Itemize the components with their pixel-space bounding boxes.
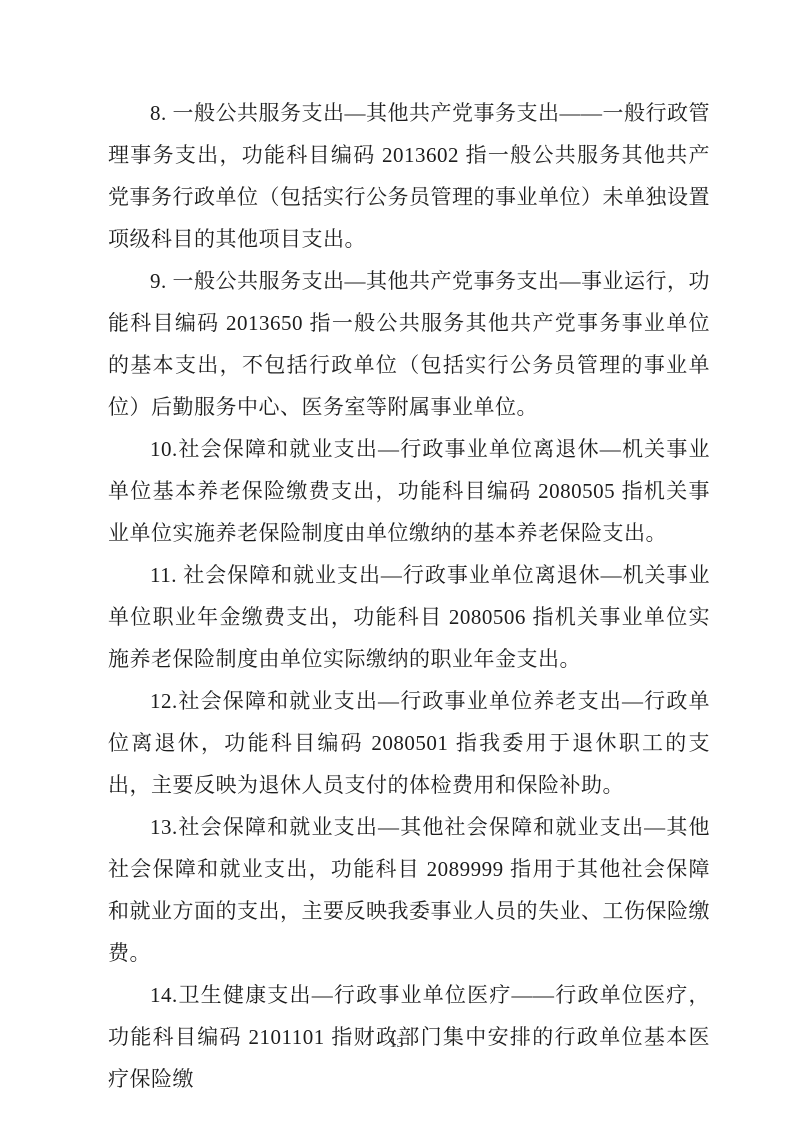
paragraph-item-10: 10.社会保障和就业支出—行政事业单位离退休—机关事业单位基本养老保险缴费支出，… <box>108 428 710 554</box>
text-block: 8. 一般公共服务支出—其他共产党事务支出——一般行政管理事务支出，功能科目编码… <box>108 92 710 1100</box>
paragraph-item-11: 11. 社会保障和就业支出—行政事业单位离退休—机关事业单位职业年金缴费支出，功… <box>108 554 710 680</box>
paragraph-item-13: 13.社会保障和就业支出—其他社会保障和就业支出—其他社会保障和就业支出，功能科… <box>108 806 710 974</box>
document-page: 8. 一般公共服务支出—其他共产党事务支出——一般行政管理事务支出，功能科目编码… <box>0 0 793 1122</box>
paragraph-item-8: 8. 一般公共服务支出—其他共产党事务支出——一般行政管理事务支出，功能科目编码… <box>108 92 710 260</box>
paragraph-item-12: 12.社会保障和就业支出—行政事业单位养老支出—行政单位离退休，功能科目编码 2… <box>108 680 710 806</box>
paragraph-item-9: 9. 一般公共服务支出—其他共产党事务支出—事业运行，功能科目编码 201365… <box>108 260 710 428</box>
page-number: 13 <box>0 1034 793 1054</box>
